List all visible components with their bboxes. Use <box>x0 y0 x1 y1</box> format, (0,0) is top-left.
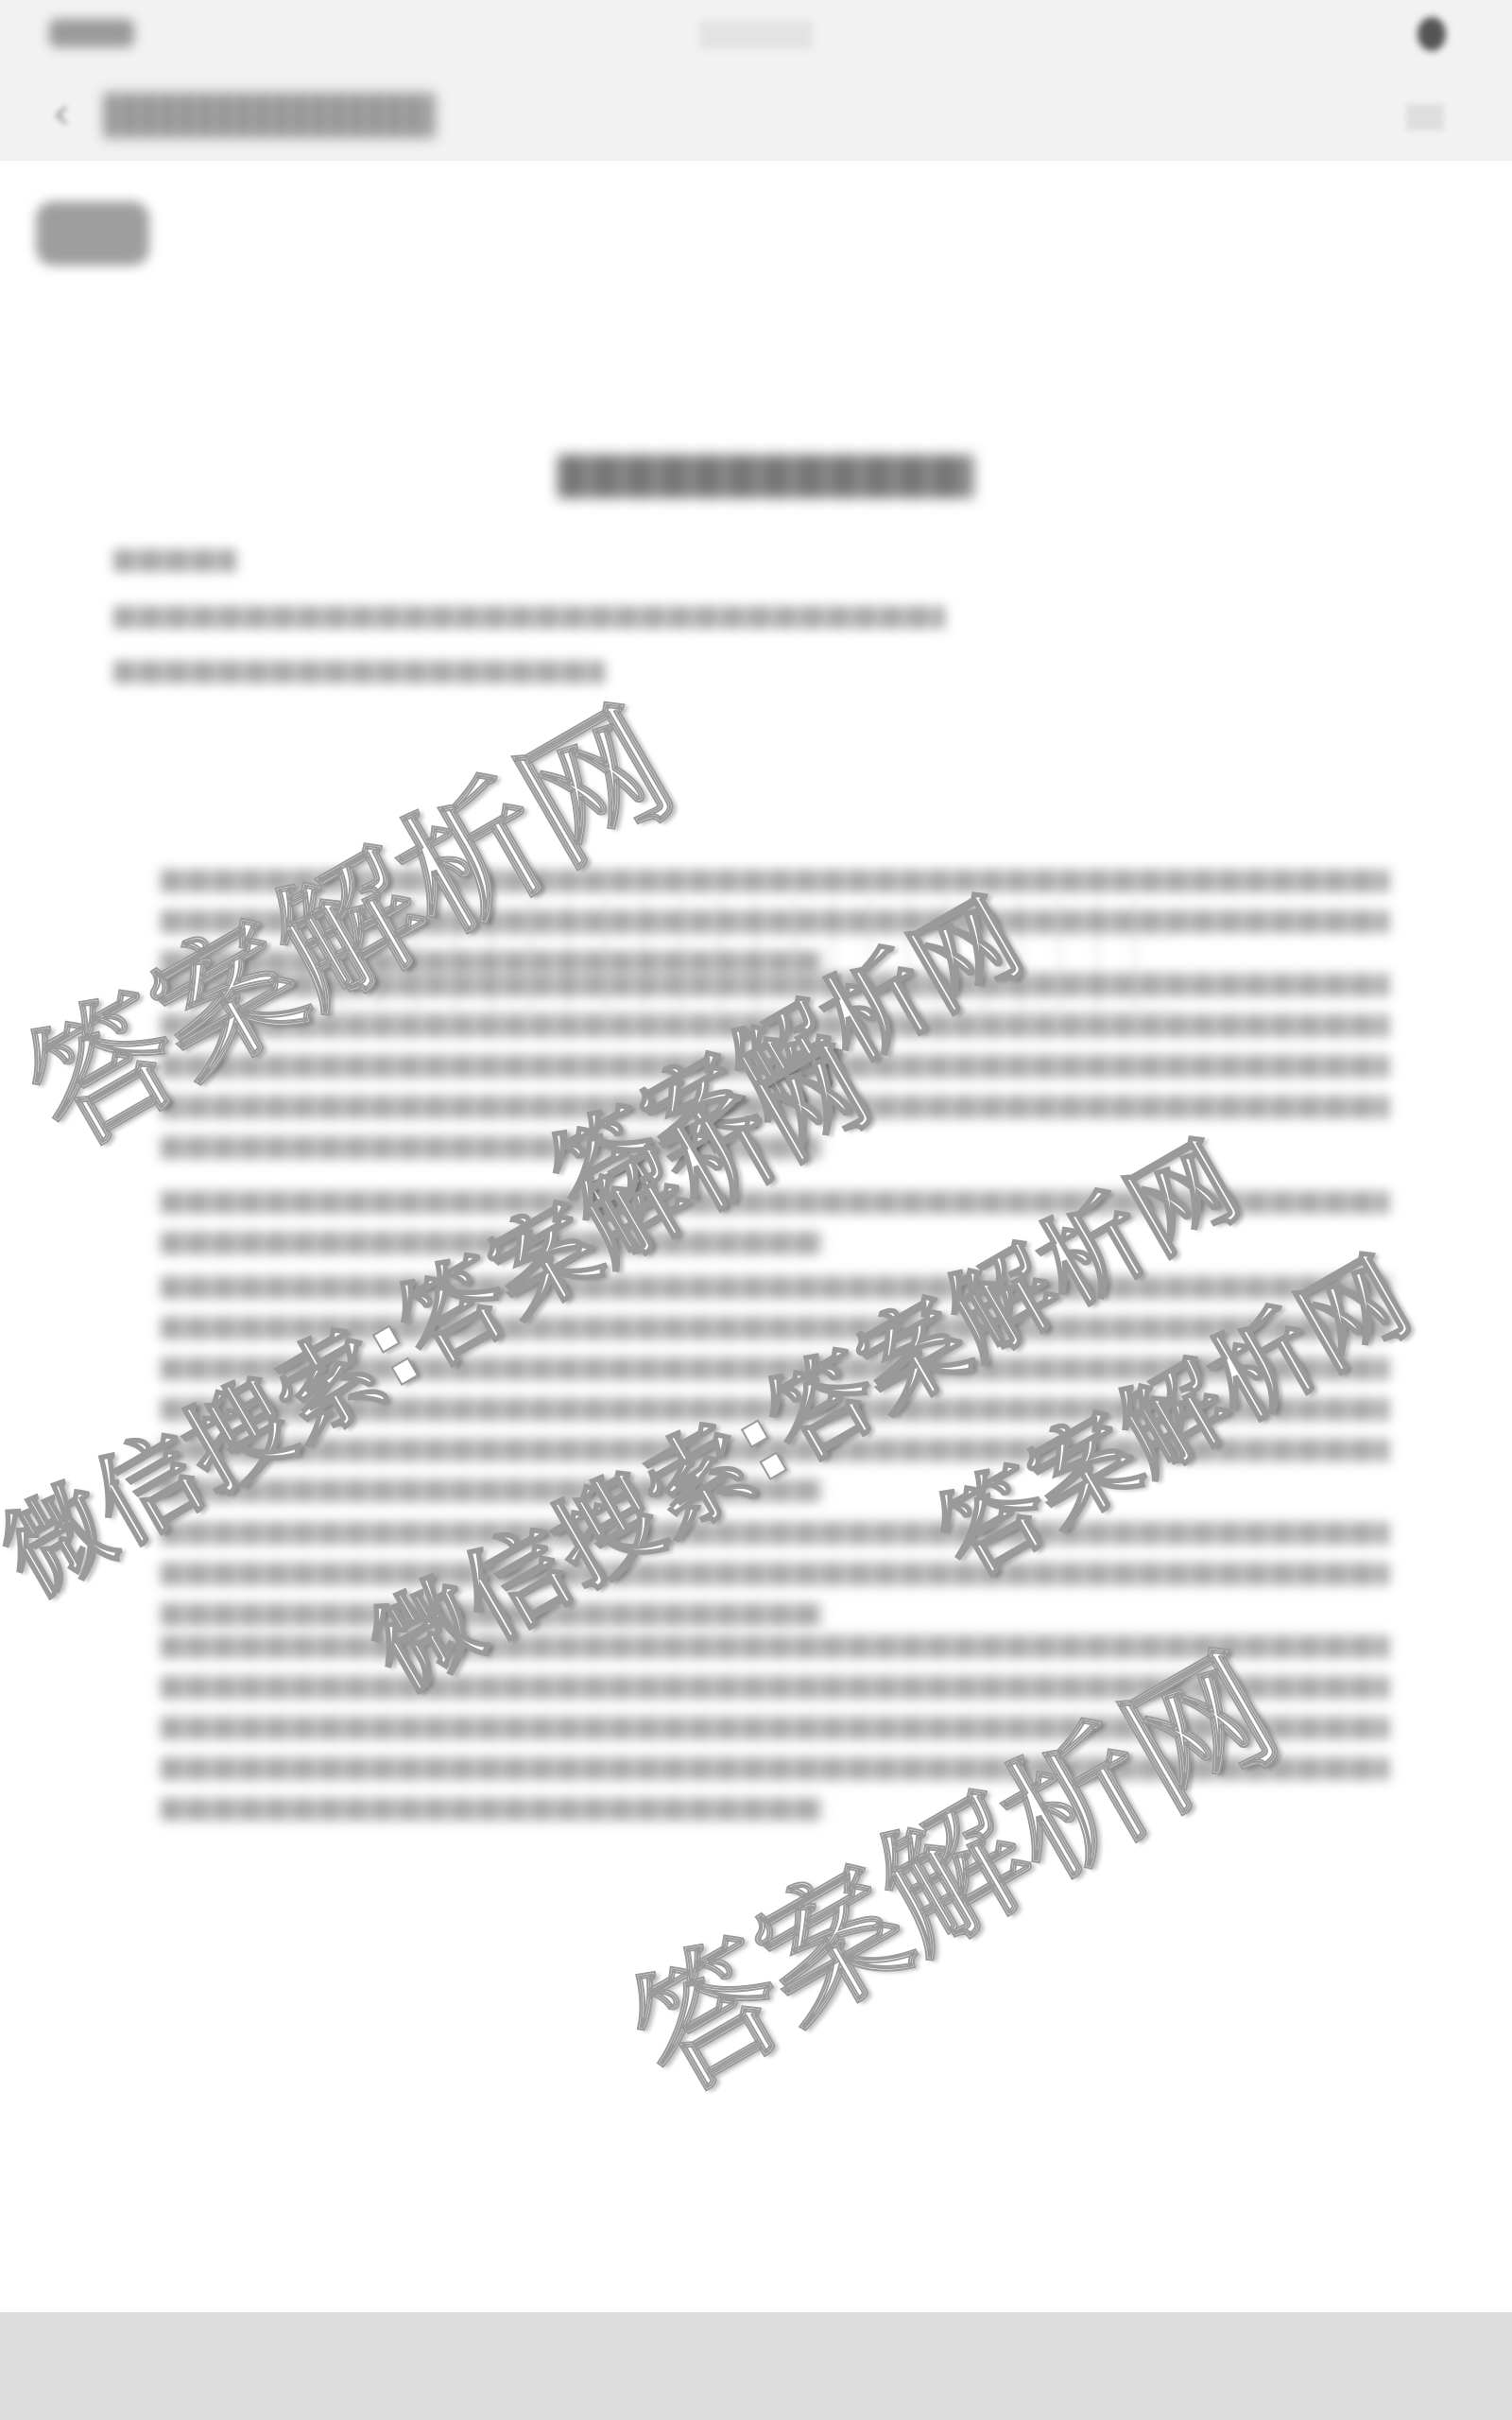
status-time-redacted <box>49 19 134 47</box>
app-header: ‹ <box>0 66 1512 161</box>
more-menu-button[interactable] <box>1406 104 1444 130</box>
text-line-redacted <box>161 1522 1389 1545</box>
text-line-redacted <box>113 549 236 572</box>
pdf-page[interactable]: 答案解析网 答案解析网 微信搜索:答案解析网 微信搜索:答案解析网 答案解析网 … <box>0 162 1512 2312</box>
text-line-redacted <box>113 606 945 629</box>
file-title-redacted <box>104 93 435 138</box>
status-bar <box>0 0 1512 66</box>
back-button[interactable]: ‹ <box>38 90 85 137</box>
document-title-redacted <box>558 455 973 498</box>
battery-icon <box>1389 13 1455 55</box>
chevron-left-icon: ‹ <box>52 87 70 140</box>
page-tag-button[interactable] <box>36 201 149 266</box>
text-line-redacted <box>161 1563 1389 1585</box>
status-center-redacted <box>699 21 813 49</box>
text-line-redacted <box>161 1798 822 1821</box>
bottom-toolbar <box>0 2312 1512 2420</box>
text-line-redacted <box>113 661 605 683</box>
